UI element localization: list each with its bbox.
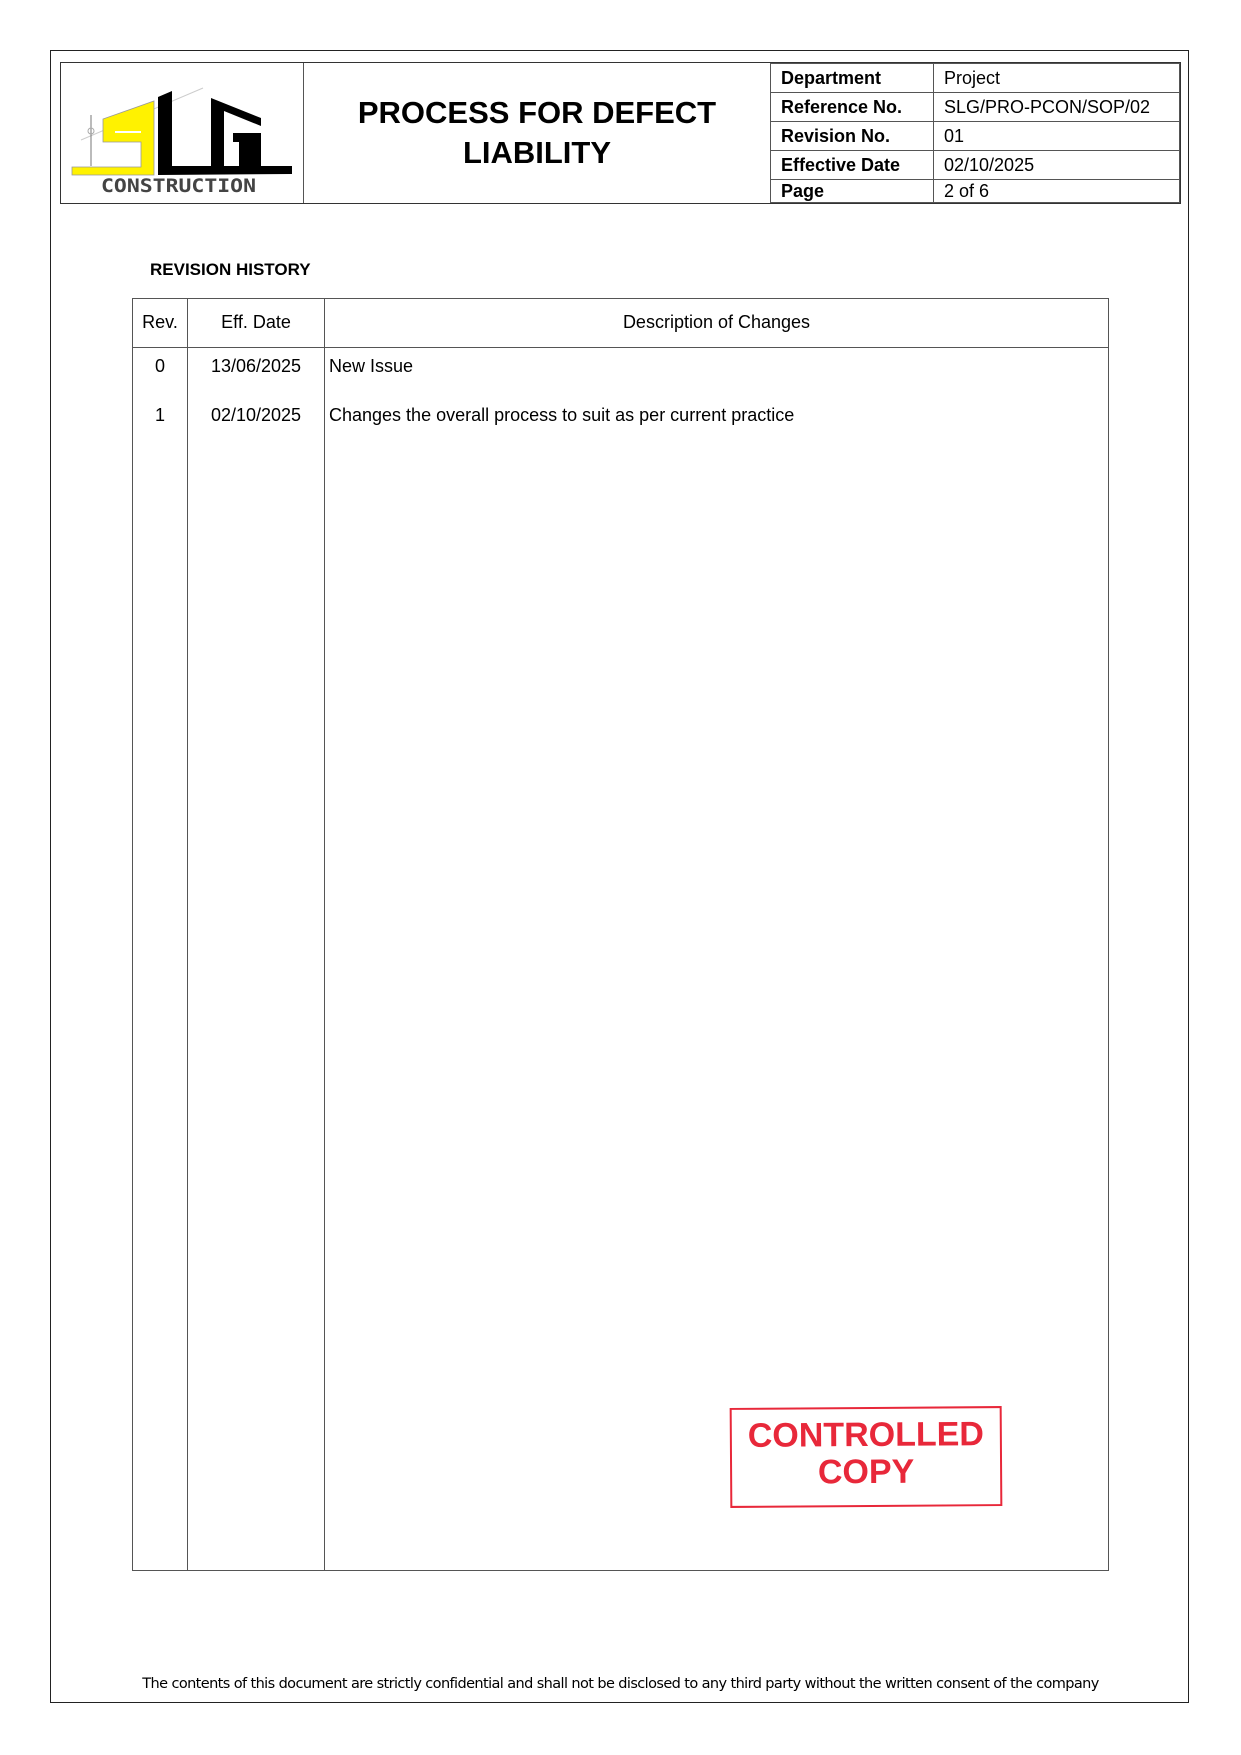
meta-value: Project bbox=[934, 64, 1180, 93]
row-description: Changes the overall process to suit as p… bbox=[329, 404, 794, 426]
title-cell: PROCESS FOR DEFECT LIABILITY bbox=[304, 63, 771, 203]
meta-value: 01 bbox=[934, 122, 1180, 151]
meta-value: SLG/PRO-PCON/SOP/02 bbox=[934, 93, 1180, 122]
revision-history-table: Rev. Eff. Date Description of Changes 0 … bbox=[132, 298, 1109, 1571]
header-divider bbox=[133, 347, 1108, 348]
document-meta-table: DepartmentProject Reference No.SLG/PRO-P… bbox=[770, 63, 1180, 203]
column-divider bbox=[187, 299, 188, 1570]
meta-label: Page bbox=[771, 180, 934, 203]
document-header: CONSTRUCTION PROCESS FOR DEFECT LIABILIT… bbox=[60, 62, 1181, 204]
meta-row: Page2 of 6 bbox=[771, 180, 1180, 203]
row-description: New Issue bbox=[329, 355, 413, 377]
revision-history-heading: REVISION HISTORY bbox=[150, 260, 311, 280]
row-date: 13/06/2025 bbox=[188, 355, 324, 377]
meta-row: DepartmentProject bbox=[771, 64, 1180, 93]
document-title: PROCESS FOR DEFECT LIABILITY bbox=[337, 93, 737, 173]
meta-row: Effective Date02/10/2025 bbox=[771, 151, 1180, 180]
meta-value: 02/10/2025 bbox=[934, 151, 1180, 180]
construction-wordmark: CONSTRUCTION bbox=[101, 175, 261, 195]
meta-label: Effective Date bbox=[771, 151, 934, 180]
stamp-line-2: COPY bbox=[732, 1453, 1000, 1492]
column-header-rev: Rev. bbox=[133, 311, 187, 333]
meta-label: Revision No. bbox=[771, 122, 934, 151]
column-header-description: Description of Changes bbox=[325, 311, 1108, 333]
row-date: 02/10/2025 bbox=[188, 404, 324, 426]
column-divider bbox=[324, 299, 325, 1570]
confidentiality-footer: The contents of this document are strict… bbox=[0, 1676, 1241, 1692]
row-rev: 0 bbox=[133, 355, 187, 377]
row-rev: 1 bbox=[133, 404, 187, 426]
meta-value: 2 of 6 bbox=[934, 180, 1180, 203]
column-header-date: Eff. Date bbox=[188, 311, 324, 333]
stamp-line-1: CONTROLLED bbox=[732, 1416, 1000, 1455]
meta-row: Revision No.01 bbox=[771, 122, 1180, 151]
controlled-copy-stamp: CONTROLLED COPY bbox=[730, 1406, 1003, 1508]
meta-label: Reference No. bbox=[771, 93, 934, 122]
meta-label: Department bbox=[771, 64, 934, 93]
svg-text:CONSTRUCTION: CONSTRUCTION bbox=[101, 175, 256, 195]
meta-row: Reference No.SLG/PRO-PCON/SOP/02 bbox=[771, 93, 1180, 122]
company-logo: CONSTRUCTION bbox=[61, 63, 304, 203]
